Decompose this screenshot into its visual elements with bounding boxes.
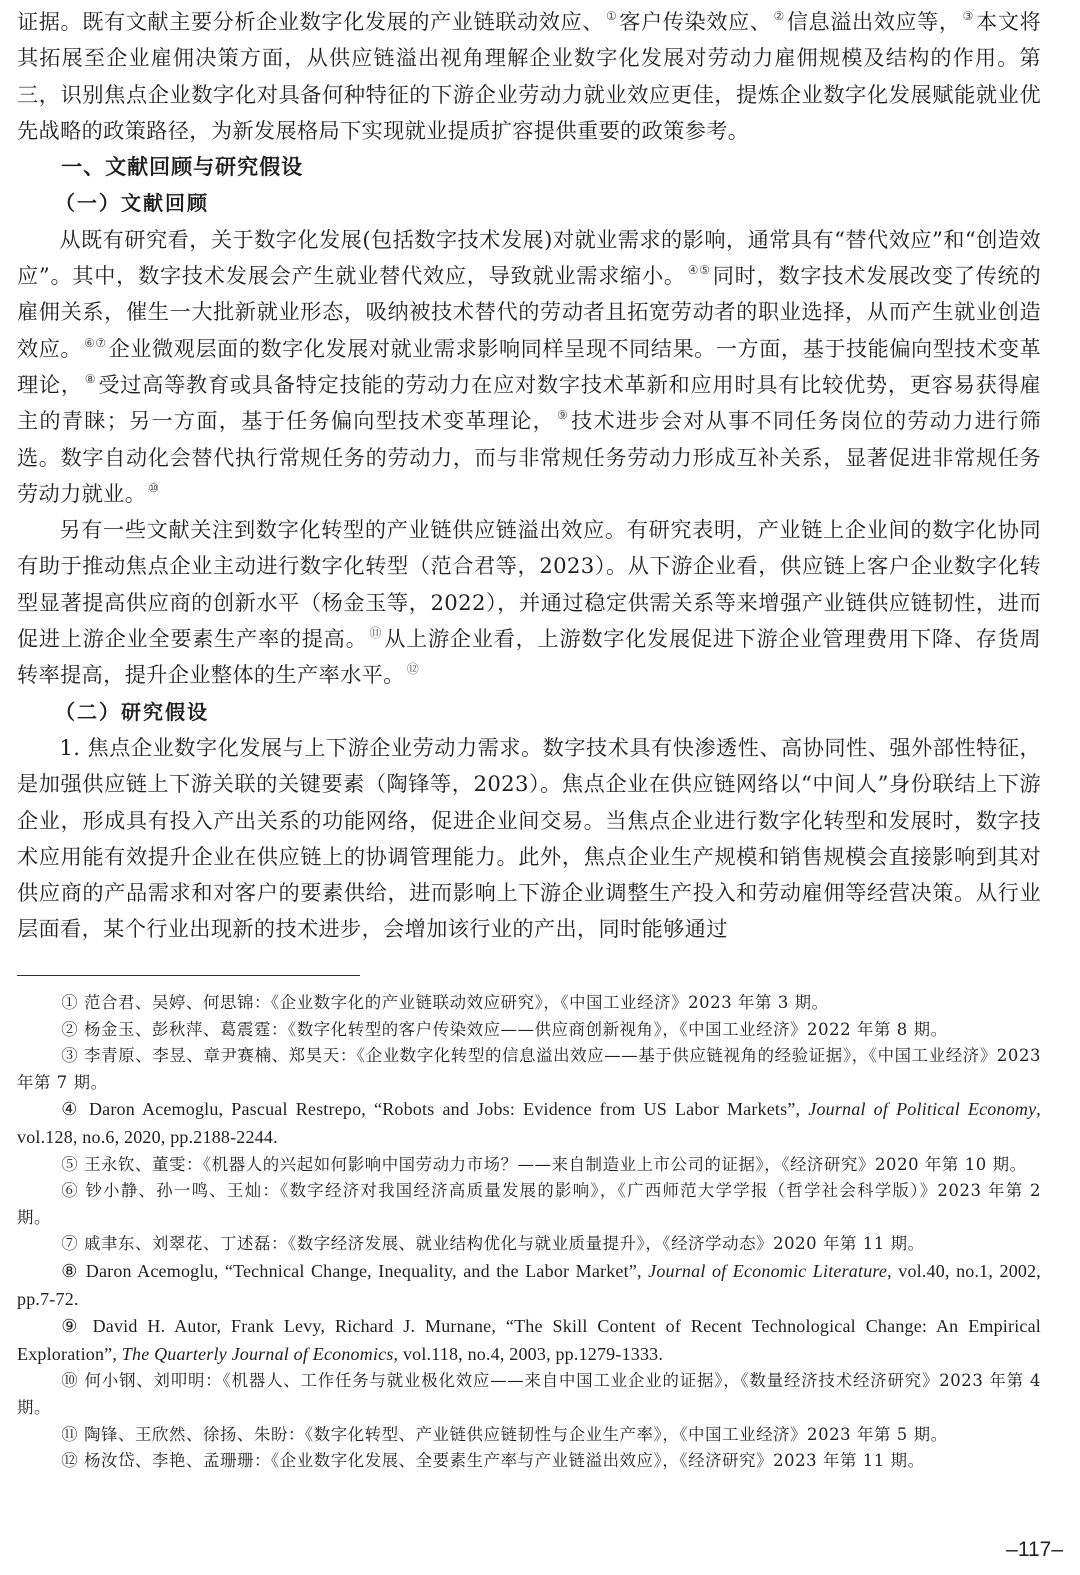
paragraph-intro-continued: 证据。既有文献主要分析企业数字化发展的产业链联动效应、①客户传染效应、②信息溢出… <box>17 4 1041 149</box>
text-run: 信息溢出效应等， <box>787 9 961 34</box>
footnote-2: ② 杨金玉、彭秋萍、葛震霆：《数字化转型的客户传染效应——供应商创新视角》，《中… <box>17 1017 1041 1044</box>
footnote-12: ⑫ 杨汝岱、李艳、孟珊珊：《企业数字化发展、全要素生产率与产业链溢出效应》，《经… <box>17 1448 1041 1475</box>
footnote-ref[interactable]: ⑫ <box>407 662 419 676</box>
paragraph-literature-1: 从既有研究看，关于数字化发展(包括数字技术发展)对就业需求的影响，通常具有“替代… <box>17 222 1041 512</box>
section-heading: 一、文献回顾与研究假设 <box>17 149 1041 185</box>
subsection-heading: （二）研究假设 <box>17 694 1041 730</box>
footnote-4: ④ Daron Acemoglu, Pascual Restrepo, “Rob… <box>17 1096 1041 1151</box>
footnote-10: ⑩ 何小钢、刘叩明：《机器人、工作任务与就业极化效应——来自中国工业企业的证据》… <box>17 1368 1041 1421</box>
footnote-ref[interactable]: ③ <box>963 9 974 23</box>
footnote-9: ⑨ David H. Autor, Frank Levy, Richard J.… <box>17 1313 1041 1368</box>
footnote-ref[interactable]: ⑩ <box>148 481 159 495</box>
footnote-divider <box>17 975 360 976</box>
footnote-ref[interactable]: ④⑤ <box>688 263 711 277</box>
paragraph-hypothesis-1: 1. 焦点企业数字化发展与上下游企业劳动力需求。数字技术具有快渗透性、高协同性、… <box>17 730 1041 948</box>
footnote-3: ③ 李青原、李昱、章尹赛楠、郑昊天：《企业数字化转型的信息溢出效应——基于供应链… <box>17 1043 1041 1096</box>
footnote-8: ⑧ Daron Acemoglu, “Technical Change, Ine… <box>17 1258 1041 1313</box>
subsection-heading: （一）文献回顾 <box>17 185 1041 221</box>
citation-text: ⑧ Daron Acemoglu, “Technical Change, Ine… <box>61 1261 648 1281</box>
text-run: 客户传染效应、 <box>619 9 771 34</box>
footnote-6: ⑥ 钞小静、孙一鸣、王灿：《数字经济对我国经济高质量发展的影响》，《广西师范大学… <box>17 1178 1041 1231</box>
text-run: 证据。既有文献主要分析企业数字化发展的产业链联动效应、 <box>17 9 604 34</box>
footnote-ref[interactable]: ⑨ <box>557 408 569 422</box>
footnote-1: ① 范合君、吴婷、何思锦：《企业数字化的产业链联动效应研究》，《中国工业经济》2… <box>17 990 1041 1017</box>
citation-text: ④ Daron Acemoglu, Pascual Restrepo, “Rob… <box>61 1099 808 1119</box>
page-number: –117– <box>1006 1538 1063 1562</box>
footnote-ref[interactable]: ⑧ <box>85 372 97 386</box>
citation-text: , vol.118, no.4, 2003, pp.1279-1333. <box>394 1344 664 1364</box>
journal-title: Journal of Political Economy <box>808 1099 1036 1119</box>
footnotes: ① 范合君、吴婷、何思锦：《企业数字化的产业链联动效应研究》，《中国工业经济》2… <box>17 990 1041 1475</box>
paragraph-literature-2: 另有一些文献关注到数字化转型的产业链供应链溢出效应。有研究表明，产业链上企业间的… <box>17 512 1041 693</box>
footnote-ref[interactable]: ② <box>773 9 784 23</box>
footnote-11: ⑪ 陶锋、王欣然、徐扬、朱盼：《数字化转型、产业链供应链韧性与企业生产率》，《中… <box>17 1422 1041 1449</box>
page-body: 证据。既有文献主要分析企业数字化发展的产业链联动效应、①客户传染效应、②信息溢出… <box>17 4 1041 948</box>
footnote-ref[interactable]: ⑥⑦ <box>84 336 107 350</box>
footnote-5: ⑤ 王永钦、董雯：《机器人的兴起如何影响中国劳动力市场？——来自制造业上市公司的… <box>17 1152 1041 1179</box>
journal-title: Journal of Economic Literature <box>648 1261 887 1281</box>
footnote-ref[interactable]: ① <box>606 9 617 23</box>
footnote-7: ⑦ 戚聿东、刘翠花、丁述磊：《数字经济发展、就业结构优化与就业质量提升》，《经济… <box>17 1231 1041 1258</box>
journal-title: The Quarterly Journal of Economics <box>122 1344 394 1364</box>
footnote-ref[interactable]: ⑪ <box>369 626 382 640</box>
